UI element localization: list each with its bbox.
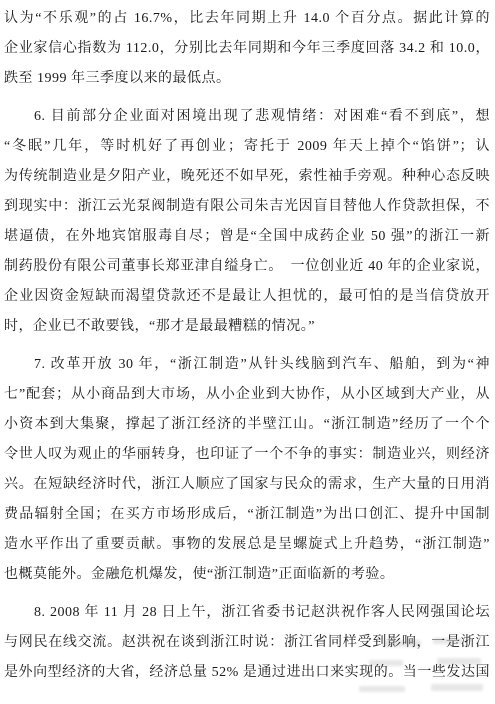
text-line: 企业因资金短缺而渴望贷款还不是最让人担忧的，最可怕的是当信贷放开	[4, 282, 490, 312]
text-line: 认为“不乐观”的占 16.7%，比去年同期上升 14.0 个百分点。据此计算的	[4, 4, 490, 34]
text-line: 造水平作出了重要贡献。事物的发展总是呈螺旋式上升趋势，“浙江制造”	[4, 530, 490, 560]
text-line: 8. 2008 年 11 月 28 日上午，浙江省委书记赵洪祝作客人民网强国论坛	[4, 598, 490, 628]
text-line: 费品辐射全国；在买方市场形成后，“浙江制造”为出口创汇、提升中国制	[4, 500, 490, 530]
text-line: 7. 改革开放 30 年，“浙江制造”从针头线脑到汽车、船舶，到为“神	[4, 350, 490, 380]
text-line: 制药股份有限公司董事长郑亚津自缢身亡。 一位创业近 40 年的企业家说，	[4, 252, 490, 282]
paragraph-6: 6. 目前部分企业面对困境出现了悲观情绪：对困难“看不到底”，想 “冬眠”几年，…	[4, 102, 490, 342]
paragraph-8: 8. 2008 年 11 月 28 日上午，浙江省委书记赵洪祝作客人民网强国论坛…	[4, 598, 490, 688]
paragraph-continuation: 认为“不乐观”的占 16.7%，比去年同期上升 14.0 个百分点。据此计算的 …	[4, 4, 490, 94]
text-line: 6. 目前部分企业面对困境出现了悲观情绪：对困难“看不到底”，想	[4, 102, 490, 132]
text-line: 到现实中：浙江云光泵阀制造有限公司朱吉光因盲目替他人作贷款担保，不	[4, 192, 490, 222]
text-line: 与网民在线交流。赵洪祝在谈到浙江时说：浙江省同样受到影响，一是浙江	[4, 628, 490, 658]
text-line: “冬眠”几年，等时机好了再创业；寄托于 2009 年天上掉个“馅饼”；认	[4, 132, 490, 162]
text-line: 七”配套；从小商品到大市场，从小企业到大协作，从小区域到大产业，从	[4, 380, 490, 410]
document-page: 认为“不乐观”的占 16.7%，比去年同期上升 14.0 个百分点。据此计算的 …	[0, 0, 495, 704]
text-line: 企业家信心指数为 112.0，分别比去年同期和今年三季度回落 34.2 和 10…	[4, 34, 490, 64]
text-line: 堪逼债，在外地宾馆服毒自尽；曾是“全国中成药企业 50 强”的浙江一新	[4, 222, 490, 252]
text-line: 为传统制造业是夕阳产业，晚死还不如早死，索性袖手旁观。种种心态反映	[4, 162, 490, 192]
text-line: 也概莫能外。金融危机爆发，使“浙江制造”正面临新的考验。	[4, 560, 490, 590]
text-line: 小资本到大集聚，撑起了浙江经济的半壁江山。“浙江制造”经历了一个个	[4, 410, 490, 440]
paragraph-7: 7. 改革开放 30 年，“浙江制造”从针头线脑到汽车、船舶，到为“神 七”配套…	[4, 350, 490, 590]
text-line: 跌至 1999 年三季度以来的最低点。	[4, 64, 490, 94]
text-line: 令世人叹为观止的华丽转身，也印证了一个不争的事实：制造业兴，则经济	[4, 440, 490, 470]
text-line: 兴。在短缺经济时代，浙江人顺应了国家与民众的需求，生产大量的日用消	[4, 470, 490, 500]
text-line: 时，企业已不敢要钱，“那才是最最糟糕的情况。”	[4, 312, 490, 342]
text-line: 是外向型经济的大省，经济总量 52% 是通过进出口来实现的。当一些发达国	[4, 658, 490, 688]
